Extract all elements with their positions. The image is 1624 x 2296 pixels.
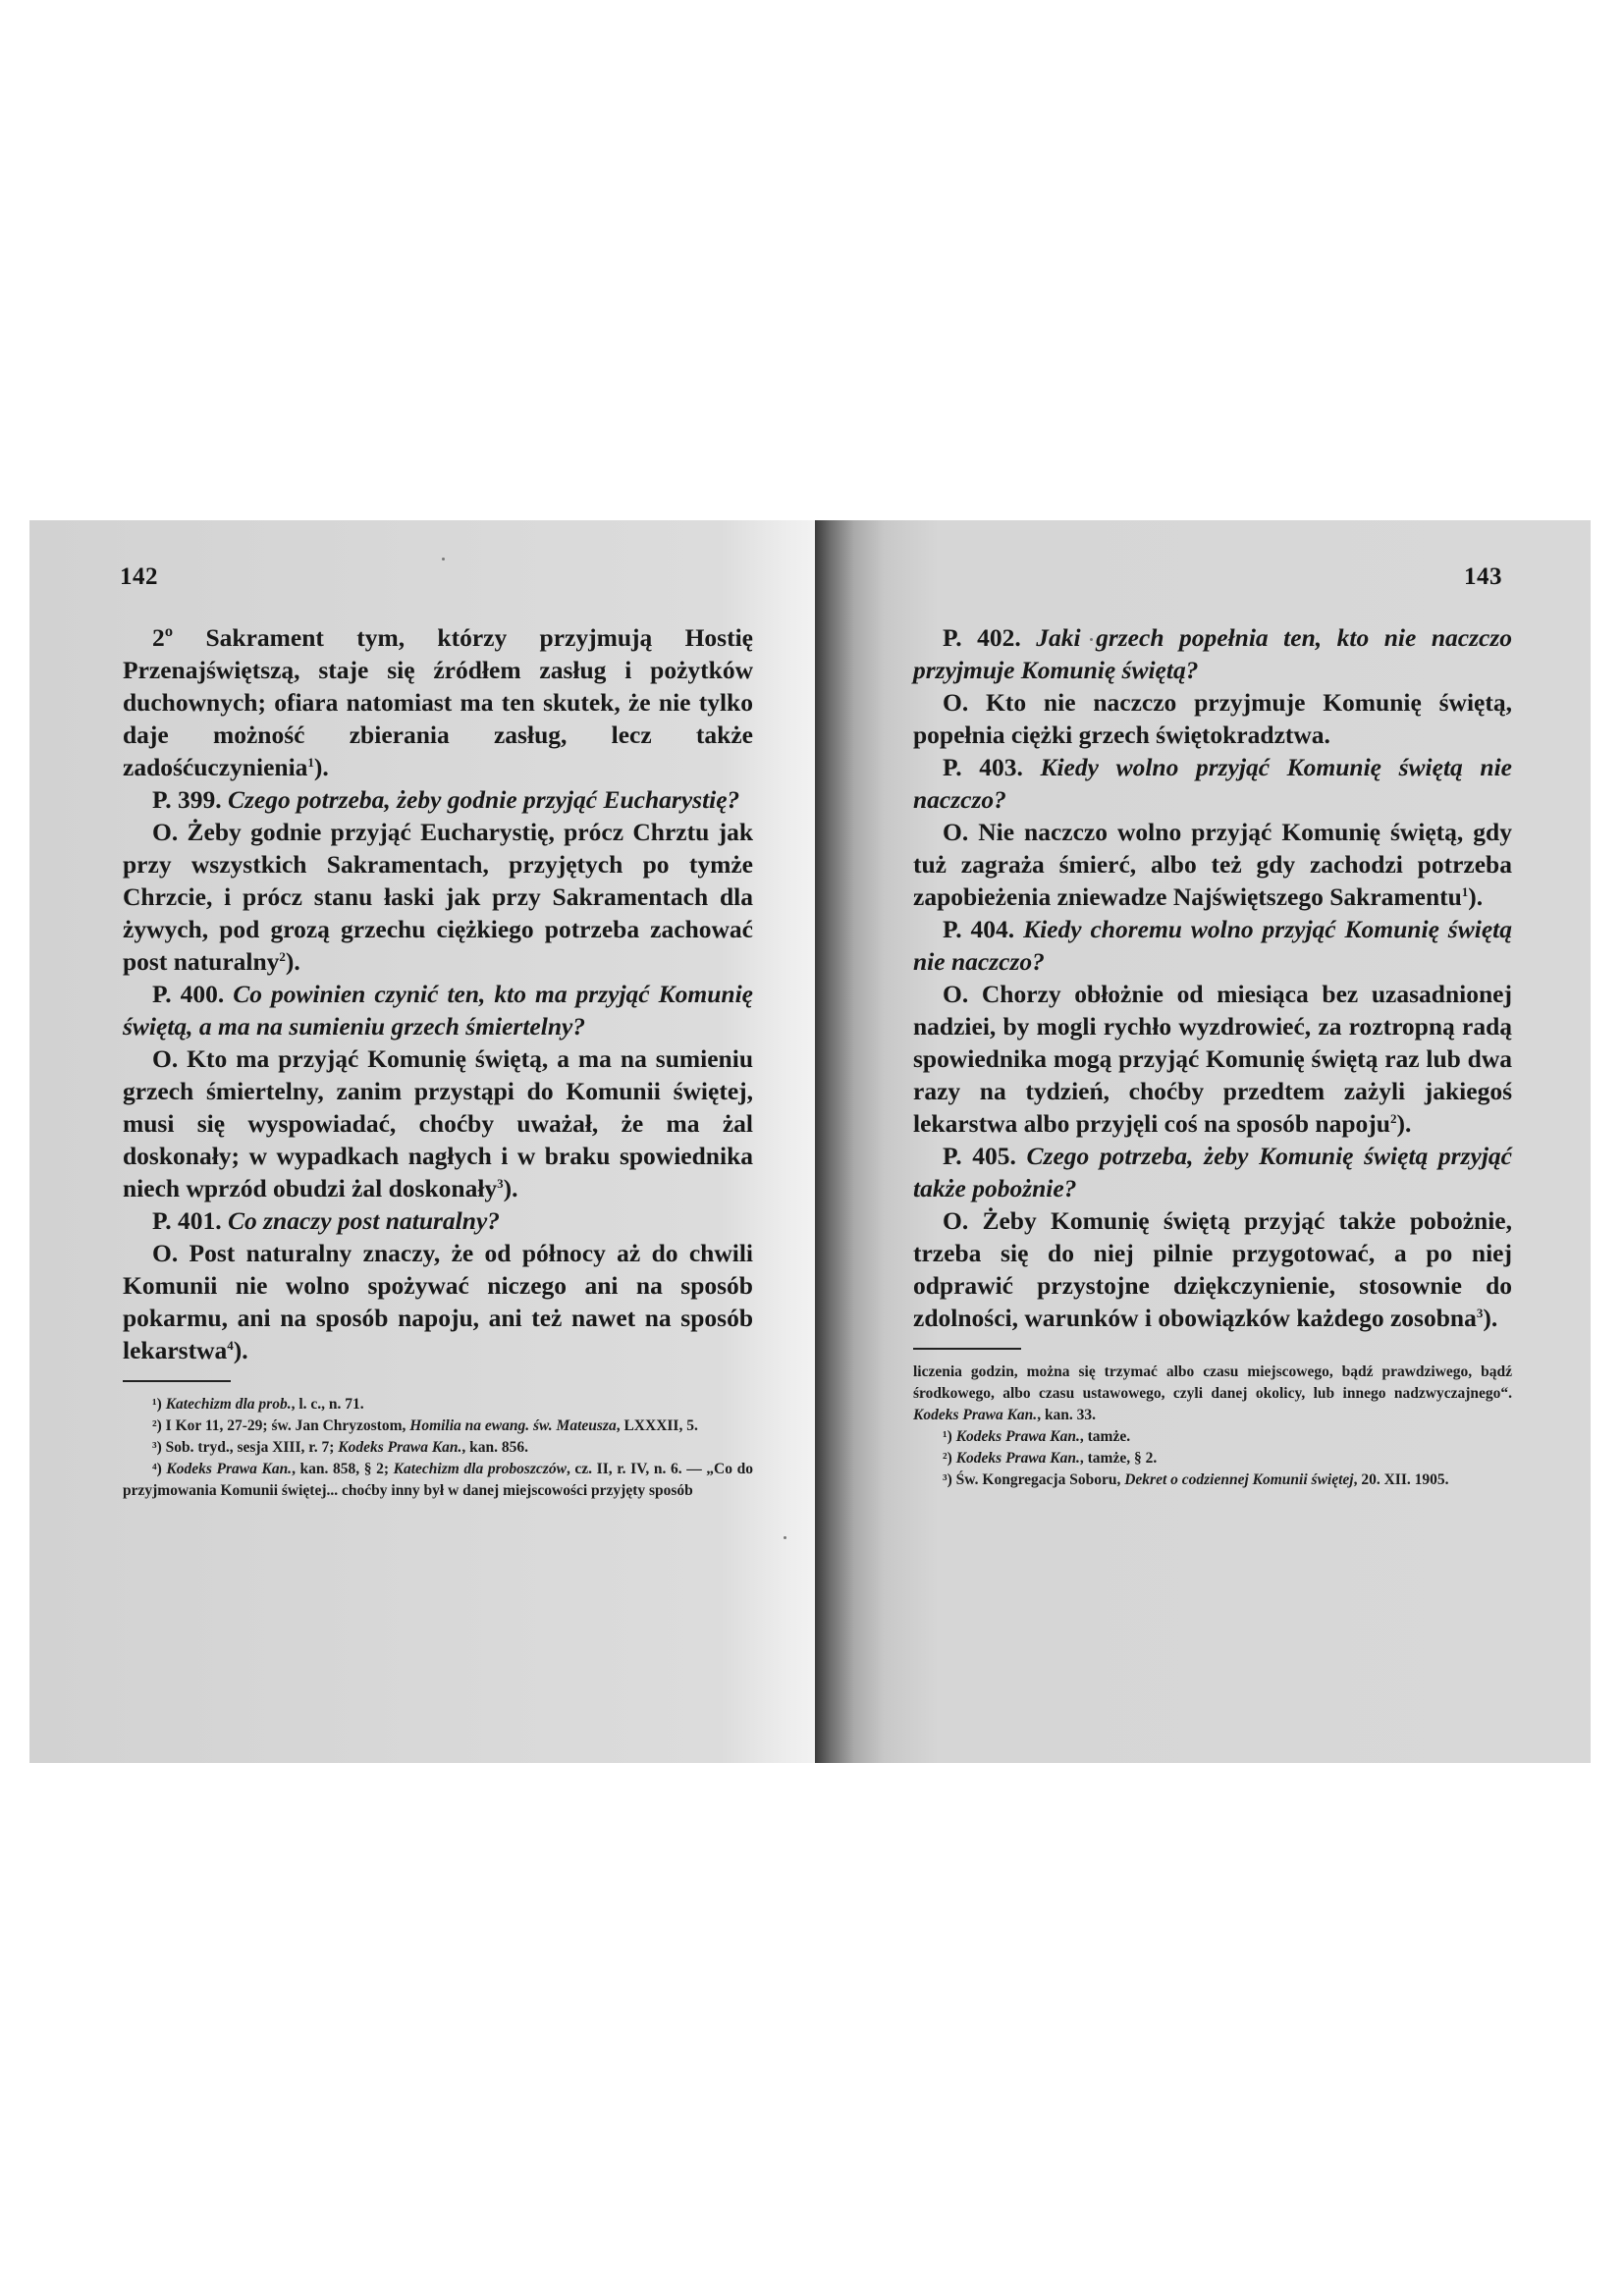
right-page: 143 P. 402. Jaki grzech popełnia ten, kt… bbox=[815, 520, 1591, 1763]
question-number: P. 399. bbox=[152, 785, 228, 814]
question: P. 399. Czego potrzeba, żeby godnie przy… bbox=[123, 783, 753, 816]
answer-paragraph: O. Chorzy obłożnie od miesiąca bez uzasa… bbox=[913, 978, 1512, 1140]
italic-title: Homilia na ewang. św. Mateusza bbox=[409, 1417, 616, 1434]
footnote-ref: 1 bbox=[1462, 884, 1469, 899]
italic-title: Kodeks Prawa Kan. bbox=[956, 1450, 1080, 1467]
question: P. 402. Jaki grzech popełnia ten, kto ni… bbox=[913, 621, 1512, 686]
footnote-ref: 2 bbox=[1390, 1111, 1397, 1126]
page-body: P. 402. Jaki grzech popełnia ten, kto ni… bbox=[913, 621, 1512, 1491]
question: P. 404. Kiedy choremu wolno przyjąć Komu… bbox=[913, 913, 1512, 978]
paragraphs: 2º Sakrament tym, którzy przyjmują Hosti… bbox=[123, 621, 753, 1366]
paragraphs: P. 402. Jaki grzech popełnia ten, kto ni… bbox=[913, 621, 1512, 1334]
italic-title: Kodeks Prawa Kan. bbox=[166, 1461, 292, 1477]
scan-speck bbox=[784, 1536, 786, 1539]
italic-title: Kodeks Prawa Kan. bbox=[338, 1439, 461, 1456]
question-text: Co znaczy post naturalny? bbox=[228, 1206, 500, 1235]
footnote-rule bbox=[913, 1348, 1021, 1350]
answer-paragraph: O. Kto ma przyjąć Komunię świętą, a ma n… bbox=[123, 1042, 753, 1204]
footnote-ref: 3 bbox=[497, 1176, 504, 1191]
footnote-ref: 2 bbox=[279, 949, 286, 964]
question-text: Czego potrzeba, żeby godnie przyjąć Euch… bbox=[228, 785, 739, 814]
book-spread-scan: 142 2º Sakrament tym, którzy przyjmują H… bbox=[29, 520, 1591, 1763]
question-number: P. 404. bbox=[943, 915, 1023, 943]
footnote: ³) Św. Kongregacja Soboru, Dekret o codz… bbox=[913, 1469, 1512, 1491]
answer-paragraph: 2º Sakrament tym, którzy przyjmują Hosti… bbox=[123, 621, 753, 783]
footnote-ref: 1 bbox=[307, 755, 314, 770]
footnote: ²) Kodeks Prawa Kan., tamże, § 2. bbox=[913, 1448, 1512, 1469]
footnote: ⁴) Kodeks Prawa Kan., kan. 858, § 2; Kat… bbox=[123, 1459, 753, 1502]
question-number: P. 401. bbox=[152, 1206, 228, 1235]
footnote: ¹) Katechizm dla prob., l. c., n. 71. bbox=[123, 1394, 753, 1415]
footnote: ¹) Kodeks Prawa Kan., tamże. bbox=[913, 1426, 1512, 1448]
answer-paragraph: O. Post naturalny znaczy, że od północy … bbox=[123, 1237, 753, 1366]
answer-paragraph: O. Kto nie naczczo przyjmuje Komunię świ… bbox=[913, 686, 1512, 751]
question-number: P. 402. bbox=[943, 623, 1036, 652]
left-page: 142 2º Sakrament tym, którzy przyjmują H… bbox=[29, 520, 815, 1763]
answer-paragraph: O. Żeby Komunię świętą przyjąć także pob… bbox=[913, 1204, 1512, 1334]
page-number: 143 bbox=[1464, 563, 1502, 591]
footnote: liczenia godzin, można się trzymać albo … bbox=[913, 1362, 1512, 1426]
scan-speck bbox=[1090, 638, 1093, 641]
footnote-ref: 4 bbox=[227, 1338, 234, 1353]
footnotes: ¹) Katechizm dla prob., l. c., n. 71.²) … bbox=[123, 1394, 753, 1502]
footnote-rule bbox=[123, 1380, 231, 1382]
page-body: 2º Sakrament tym, którzy przyjmują Hosti… bbox=[123, 621, 753, 1502]
italic-title: Katechizm dla prob. bbox=[166, 1396, 292, 1413]
answer-paragraph: O. Żeby godnie przyjąć Eucharystię, próc… bbox=[123, 816, 753, 978]
italic-title: Kodeks Prawa Kan. bbox=[913, 1407, 1037, 1423]
footnote: ³) Sob. tryd., sesja XIII, r. 7; Kodeks … bbox=[123, 1437, 753, 1459]
page-number: 142 bbox=[120, 563, 158, 591]
italic-title: Katechizm dla proboszczów bbox=[394, 1461, 567, 1477]
footnotes: liczenia godzin, można się trzymać albo … bbox=[913, 1362, 1512, 1491]
question-number: P. 400. bbox=[152, 980, 233, 1008]
question-number: P. 405. bbox=[943, 1142, 1027, 1170]
answer-paragraph: O. Nie naczczo wolno przyjąć Komunię świ… bbox=[913, 816, 1512, 913]
question: P. 400. Co powinien czynić ten, kto ma p… bbox=[123, 978, 753, 1042]
question: P. 401. Co znaczy post naturalny? bbox=[123, 1204, 753, 1237]
scan-speck bbox=[442, 558, 445, 561]
italic-title: Dekret o codziennej Komunii świętej bbox=[1124, 1471, 1353, 1488]
footnote-ref: 3 bbox=[1477, 1306, 1484, 1320]
question: P. 403. Kiedy wolno przyjąć Komunię świę… bbox=[913, 751, 1512, 816]
italic-title: Kodeks Prawa Kan. bbox=[956, 1428, 1080, 1445]
question: P. 405. Czego potrzeba, żeby Komunię świ… bbox=[913, 1140, 1512, 1204]
footnote: ²) I Kor 11, 27-29; św. Jan Chryzostom, … bbox=[123, 1415, 753, 1437]
question-number: P. 403. bbox=[943, 753, 1040, 781]
